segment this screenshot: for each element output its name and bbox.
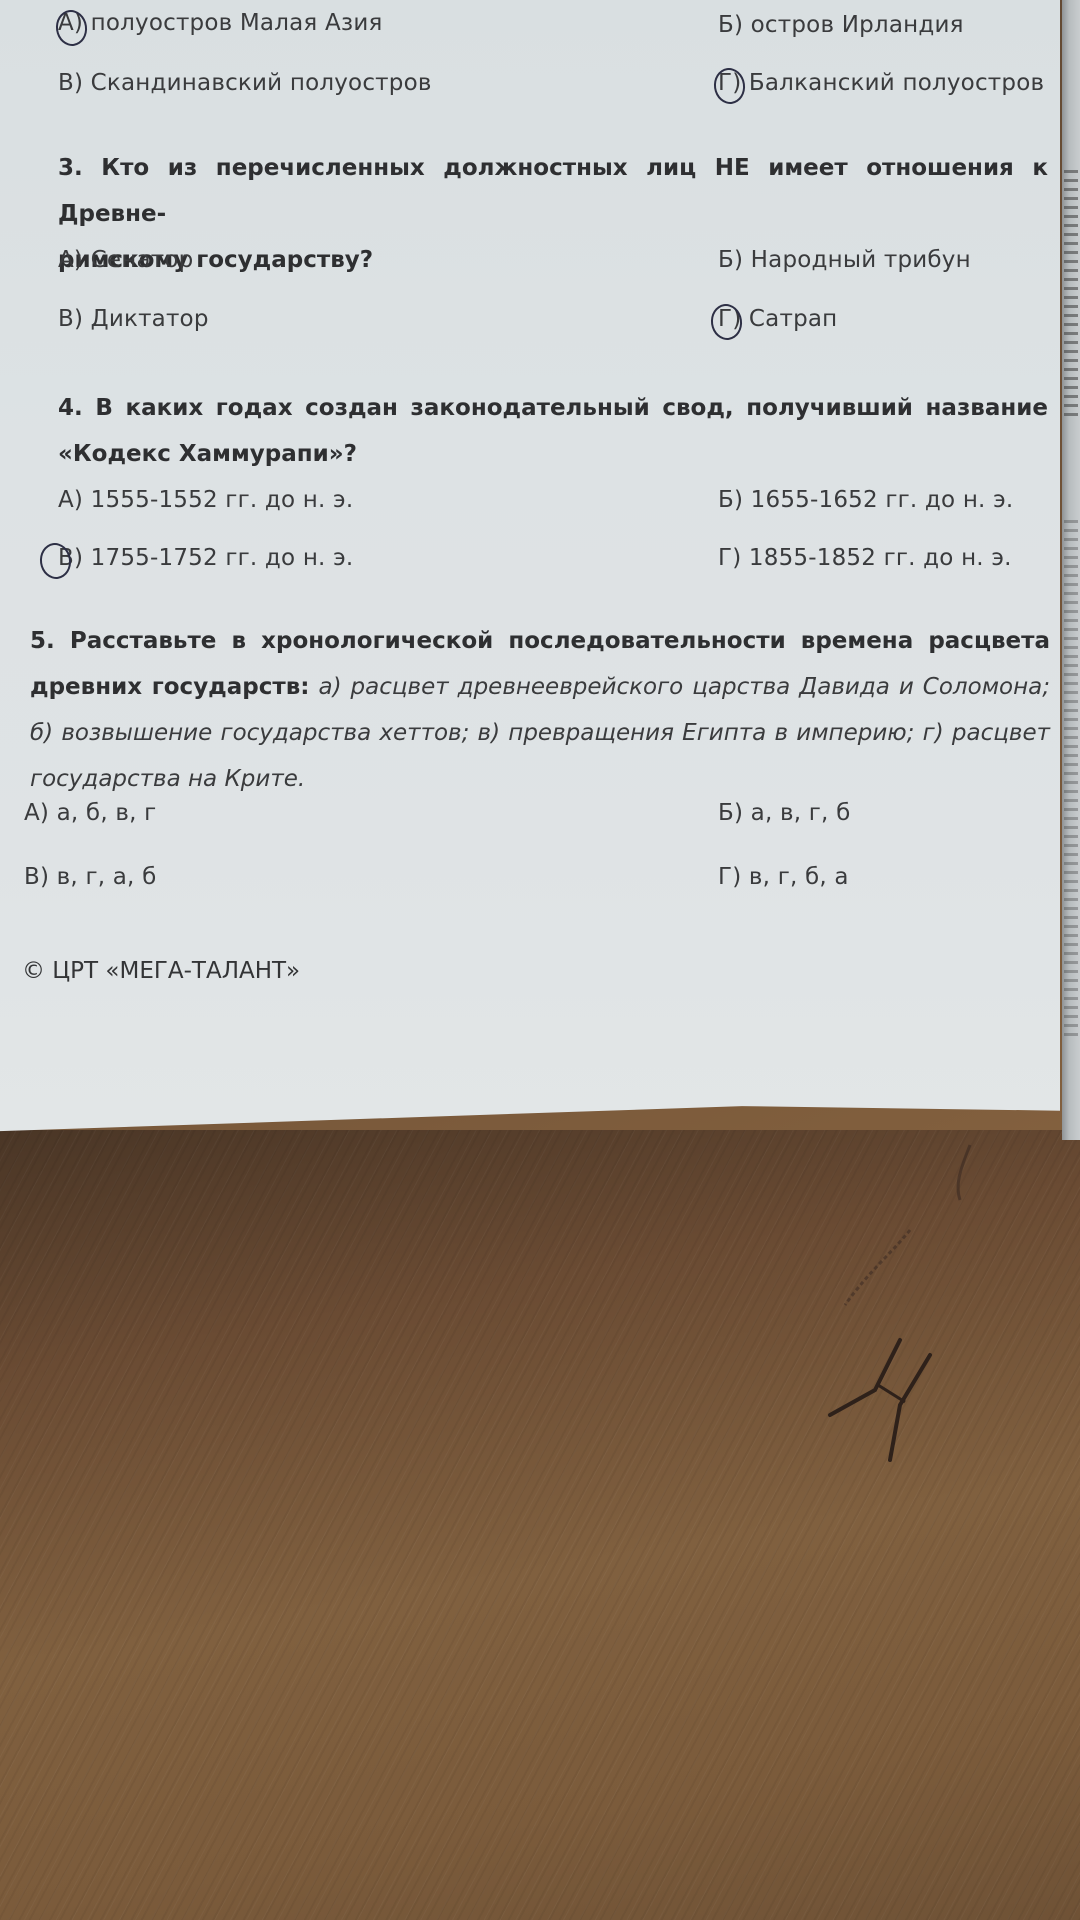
question-4-title-line: 4. В каких годах создан законодательный … [58,385,1048,431]
q4-option-a[interactable]: А) 1555-1552 гг. до н. э. [58,487,353,513]
question-4-title-line: «Кодекс Хаммурапи»? [58,431,1048,477]
q2-option-a[interactable]: А) полуостров Малая Азия [58,10,383,36]
q2-option-v[interactable]: В) Скандинавский полуостров [58,70,432,96]
q3-option-b[interactable]: Б) Народный трибун [718,247,971,273]
q5-option-b[interactable]: Б) а, в, г, б [718,800,850,826]
q5-option-v[interactable]: В) в, г, а, б [24,864,156,890]
q4-option-b[interactable]: Б) 1655-1652 гг. до н. э. [718,487,1013,513]
q2-option-g[interactable]: Г) Балканский полуостров [718,70,1044,96]
question-3-title-line: 3. Кто из перечисленных должностных лиц … [58,145,1048,237]
under-sheet-print [1064,170,1078,420]
q4-option-v[interactable]: В) 1755-1752 гг. до н. э. [58,545,353,571]
copyright-footer: © ЦРТ «МЕГА-ТАЛАНТ» [22,958,300,984]
q5-option-g[interactable]: Г) в, г, б, а [718,864,849,890]
q3-option-v[interactable]: В) Диктатор [58,306,209,332]
q3-option-a[interactable]: А) Сенатор [58,247,193,273]
under-sheet-print [1064,520,1078,1040]
q5-option-a[interactable]: А) а, б, в, г [24,800,156,826]
pen-scribble-on-desk [760,1140,1080,1480]
question-5-text: 5. Расставьте в хронологической последов… [30,618,1050,802]
q4-option-g[interactable]: Г) 1855-1852 гг. до н. э. [718,545,1012,571]
q2-option-b[interactable]: Б) остров Ирландия [718,12,964,38]
question-4-title: 4. В каких годах создан законодательный … [58,385,1048,477]
